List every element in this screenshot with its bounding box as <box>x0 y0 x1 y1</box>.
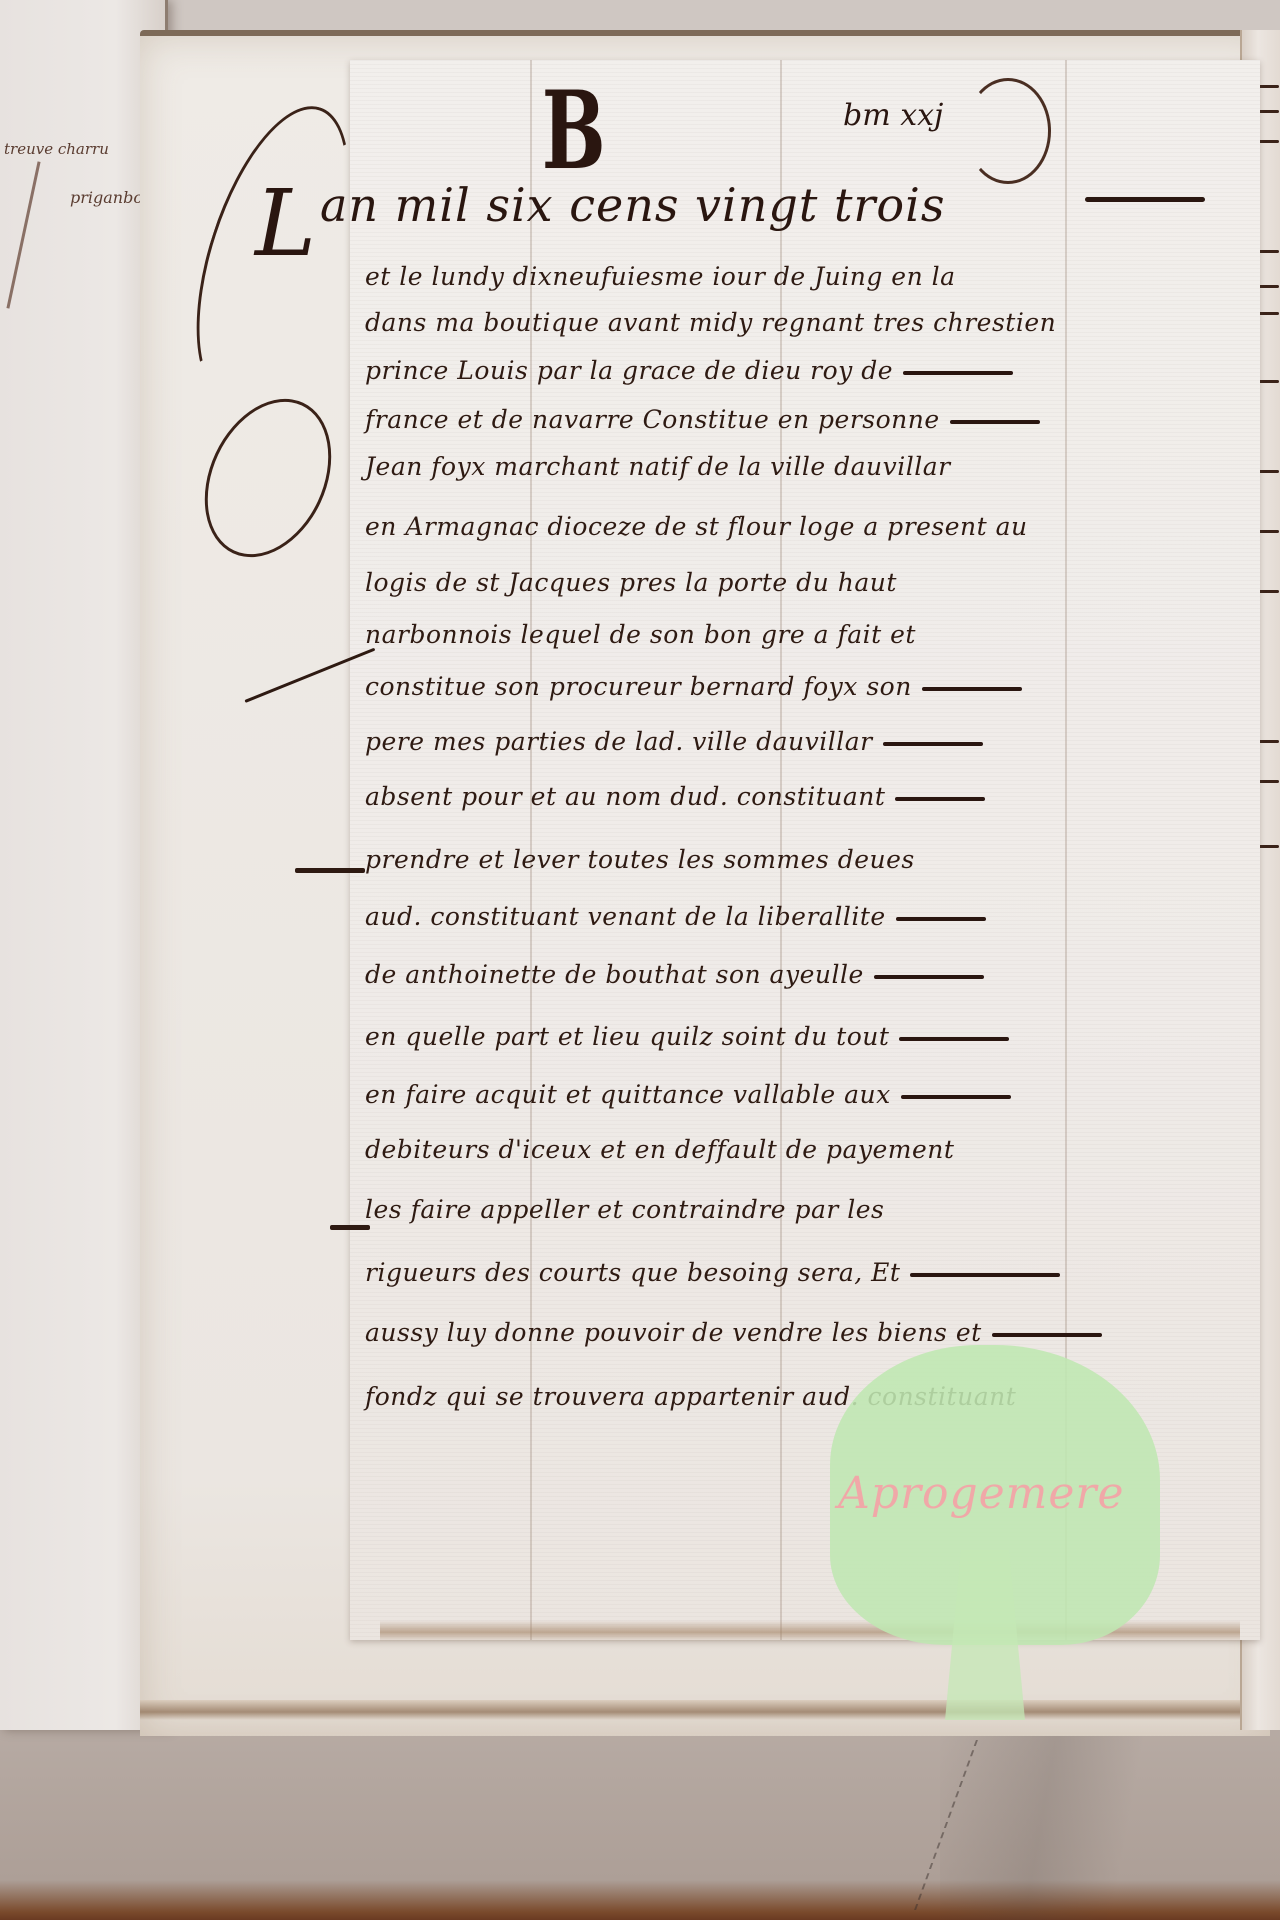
line-filler <box>899 1037 1009 1041</box>
line-text: absent pour et au nom dud. constituant <box>365 782 885 811</box>
manuscript-line: absent pour et au nom dud. constituant <box>365 782 985 811</box>
background-top <box>0 0 1280 30</box>
manuscript-line: en faire acquit et quittance vallable au… <box>365 1080 1011 1109</box>
manuscript-line: prince Louis par la grace de dieu roy de <box>365 356 1013 385</box>
manuscript-line: en Armagnac dioceze de st flour loge a p… <box>365 512 1028 541</box>
manuscript-line: narbonnois lequel de son bon gre a fait … <box>365 620 916 649</box>
manuscript-line: et le lundy dixneufuiesme iour de Juing … <box>365 262 956 291</box>
line-filler <box>910 1273 1060 1277</box>
line-text: narbonnois lequel de son bon gre a fait … <box>365 620 916 649</box>
line-text: en faire acquit et quittance vallable au… <box>365 1080 891 1109</box>
line-text: debiteurs d'iceux et en deffault de paye… <box>365 1135 954 1164</box>
line-text: france et de navarre Constitue en person… <box>365 405 940 434</box>
manuscript-line: les faire appeller et contraindre par le… <box>365 1195 884 1224</box>
folio-flourish <box>965 78 1051 184</box>
manuscript-line: logis de st Jacques pres la porte du hau… <box>365 568 897 597</box>
line-filler <box>922 687 1022 691</box>
line-filler <box>950 420 1040 424</box>
line-text: logis de st Jacques pres la porte du hau… <box>365 568 897 597</box>
line-filler <box>896 917 986 921</box>
left-margin-note-2: priganbol <box>70 188 148 207</box>
manuscript-line: debiteurs d'iceux et en deffault de paye… <box>365 1135 954 1164</box>
decorated-initial: L <box>255 170 316 277</box>
line-text: en quelle part et lieu quilz soint du to… <box>365 1022 889 1051</box>
line-text: pere mes parties de lad. ville dauvillar <box>365 727 873 756</box>
line-text: en Armagnac dioceze de st flour loge a p… <box>365 512 1028 541</box>
manuscript-line: prendre et lever toutes les sommes deues <box>365 845 915 874</box>
manuscript-line: Jean foyx marchant natif de la ville dau… <box>365 452 951 481</box>
left-margin-note-1: treuve charru <box>4 140 109 158</box>
manuscript-line: rigueurs des courts que besoing sera, Et <box>365 1258 1060 1287</box>
manuscript-line: en quelle part et lieu quilz soint du to… <box>365 1022 1009 1051</box>
line-text: prince Louis par la grace de dieu roy de <box>365 356 893 385</box>
line-text: constitue son procureur bernard foyx son <box>365 672 912 701</box>
line-filler <box>883 742 983 746</box>
manuscript-line: pere mes parties de lad. ville dauvillar <box>365 727 983 756</box>
line-text: dans ma boutique avant midy regnant tres… <box>365 308 1056 337</box>
line-text: et le lundy dixneufuiesme iour de Juing … <box>365 262 956 291</box>
watermark-label: Aprogemere <box>838 1468 1125 1519</box>
manuscript-line: aud. constituant venant de la liberallit… <box>365 902 986 931</box>
manuscript-line: constitue son procureur bernard foyx son <box>365 672 1022 701</box>
line-text: les faire appeller et contraindre par le… <box>365 1195 884 1224</box>
margin-pen-stroke <box>330 1225 370 1230</box>
line-filler <box>895 797 985 801</box>
page-stain-edge <box>140 1700 1270 1720</box>
line-text: prendre et lever toutes les sommes deues <box>365 845 915 874</box>
margin-stroke <box>6 161 40 308</box>
manuscript-line: de anthoinette de bouthat son ayeulle <box>365 960 984 989</box>
heading-line-filler <box>1085 197 1205 202</box>
line-filler <box>901 1095 1011 1099</box>
line-filler <box>903 371 1013 375</box>
line-text: aud. constituant venant de la liberallit… <box>365 902 886 931</box>
line-filler <box>992 1333 1102 1337</box>
line-text: rigueurs des courts que besoing sera, Et <box>365 1258 900 1287</box>
manuscript-line: france et de navarre Constitue en person… <box>365 405 1040 434</box>
document-heading: an mil six cens vingt trois <box>320 178 945 232</box>
manuscript-line: aussy luy donne pouvoir de vendre les bi… <box>365 1318 1102 1347</box>
line-text: de anthoinette de bouthat son ayeulle <box>365 960 864 989</box>
manuscript-line: dans ma boutique avant midy regnant tres… <box>365 308 1056 337</box>
line-text: Jean foyx marchant natif de la ville dau… <box>365 452 951 481</box>
line-text: aussy luy donne pouvoir de vendre les bi… <box>365 1318 982 1347</box>
line-filler <box>874 975 984 979</box>
folio-number: bm xxj <box>843 98 943 133</box>
margin-pen-stroke <box>295 868 365 873</box>
paraph-mark: B <box>542 68 606 194</box>
